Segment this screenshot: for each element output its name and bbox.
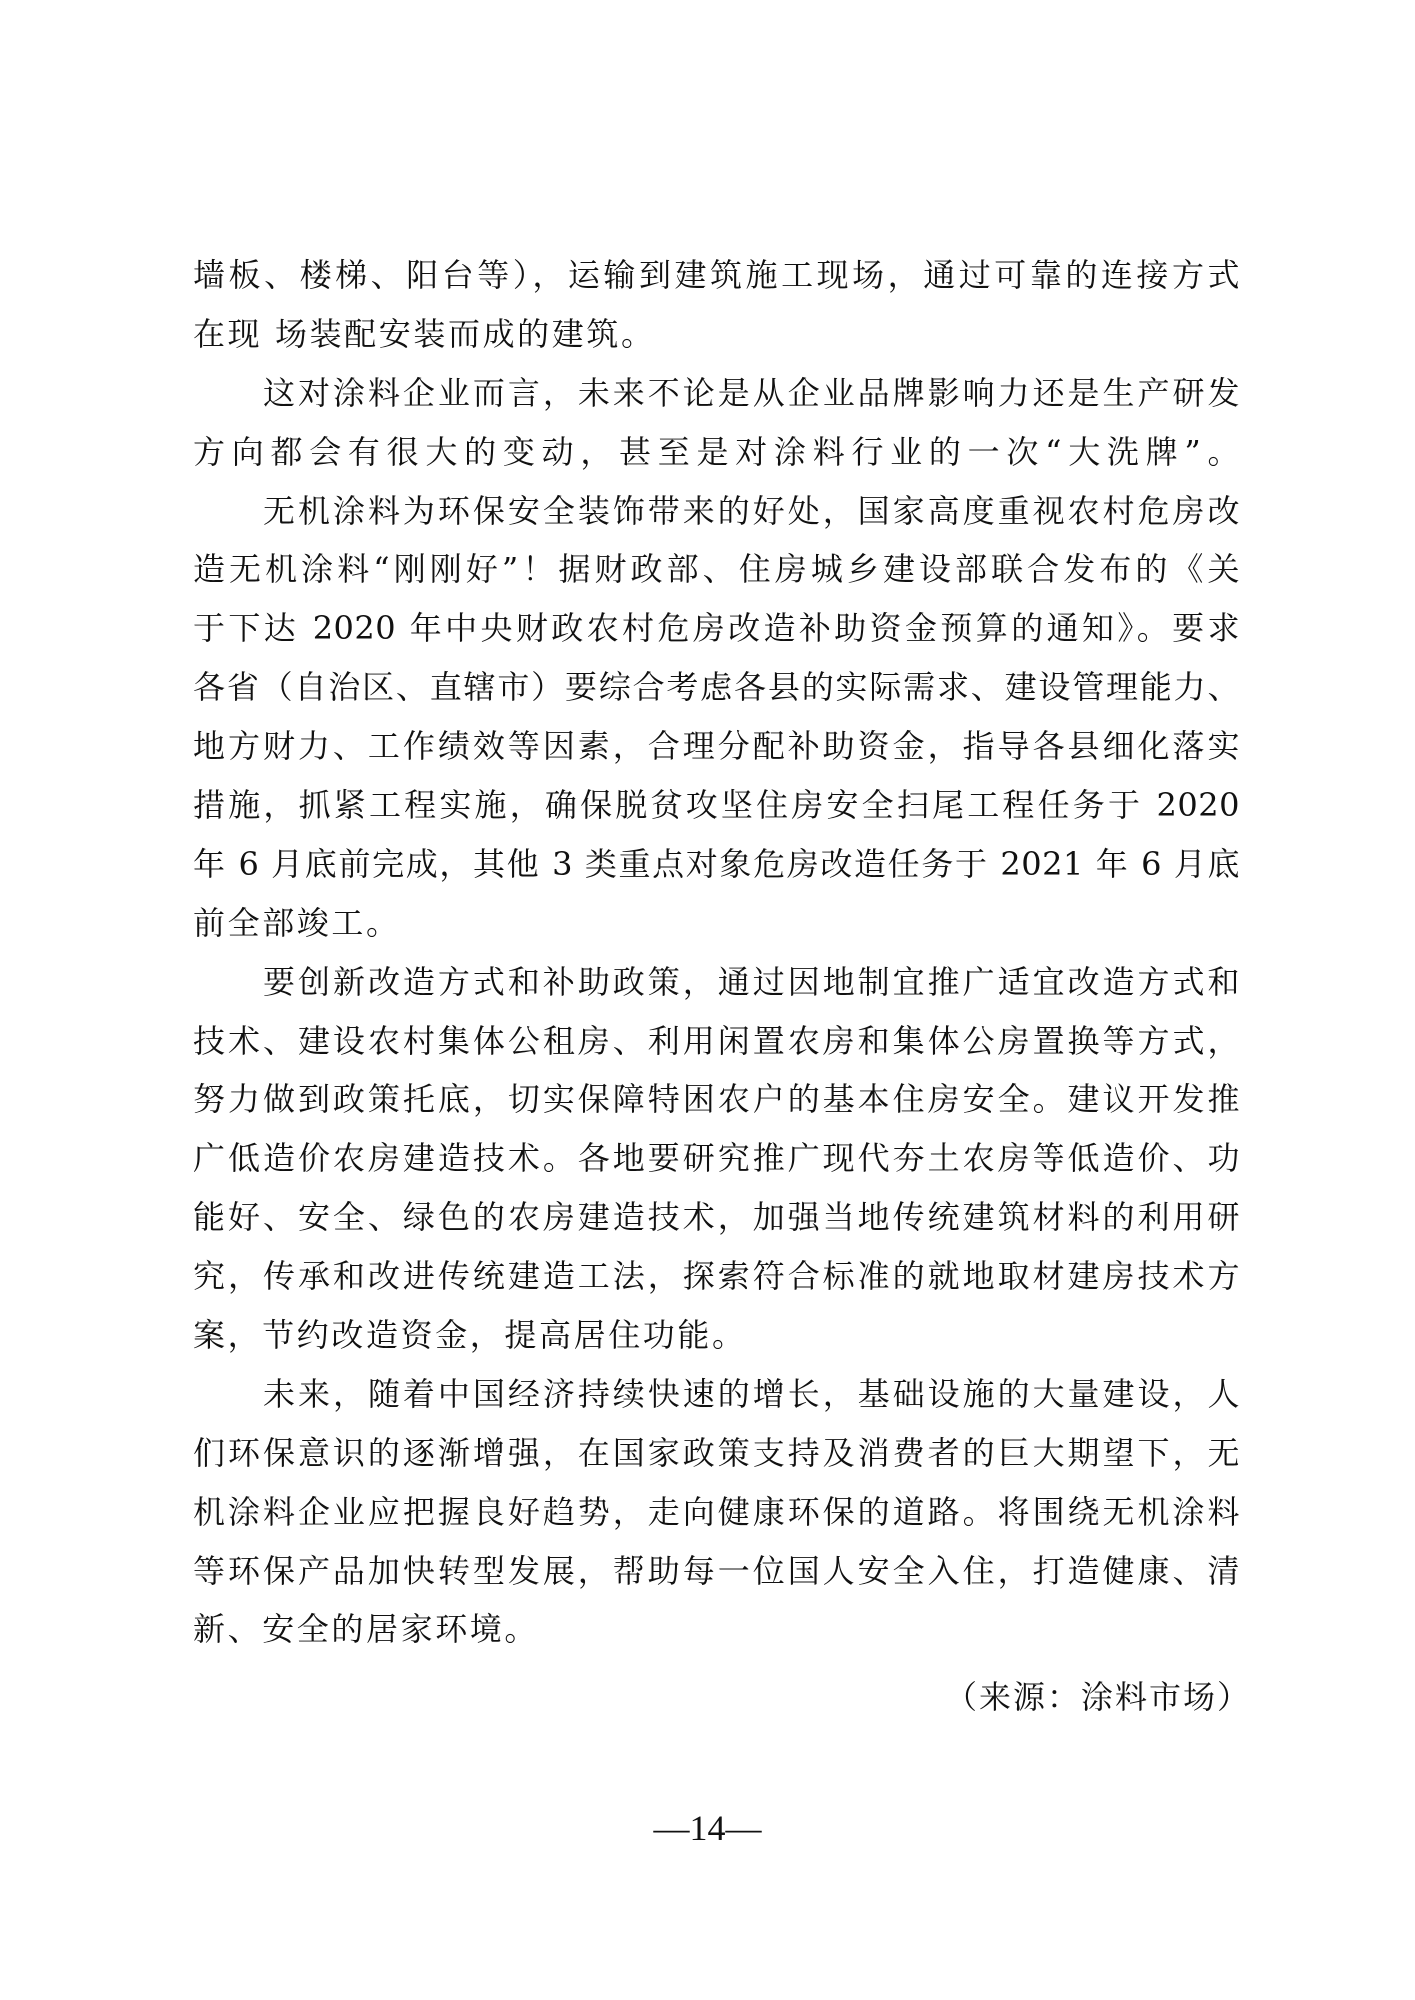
- text-line: 地方财力、工作绩效等因素，合理分配补助资金，指导各县细化落实: [193, 721, 1240, 780]
- text-line: 在现 场装配安装而成的建筑。: [193, 309, 1240, 368]
- text-line: 措施，抓紧工程实施，确保脱贫攻坚住房安全扫尾工程任务于 2020: [193, 780, 1240, 839]
- text-line: 造无机涂料“刚刚好”！据财政部、住房城乡建设部联合发布的《关: [193, 544, 1240, 603]
- text-line: 各省（自治区、直辖市）要综合考虑各县的实际需求、建设管理能力、: [193, 662, 1240, 721]
- text-line: 这对涂料企业而言，未来不论是从企业品牌影响力还是生产研发: [193, 368, 1240, 427]
- paragraph: 无机涂料为环保安全装饰带来的好处，国家高度重视农村危房改 造无机涂料“刚刚好”！…: [193, 486, 1240, 957]
- text-line: 能好、安全、绿色的农房建造技术，加强当地传统建筑材料的利用研: [193, 1192, 1240, 1251]
- text-line: 案，节约改造资金，提高居住功能。: [193, 1310, 1240, 1369]
- text-line: 墙板、楼梯、阳台等），运输到建筑施工现场，通过可靠的连接方式: [193, 250, 1240, 309]
- paragraph: 这对涂料企业而言，未来不论是从企业品牌影响力还是生产研发 方向都会有很大的变动，…: [193, 368, 1240, 486]
- text-line: 方向都会有很大的变动，甚至是对涂料行业的一次“大洗牌”。: [193, 427, 1240, 486]
- text-line: 们环保意识的逐渐增强，在国家政策支持及消费者的巨大期望下，无: [193, 1428, 1240, 1487]
- text-line: 年 6 月底前完成，其他 3 类重点对象危房改造任务于 2021 年 6 月底: [193, 839, 1240, 898]
- text-line: 等环保产品加快转型发展，帮助每一位国人安全入住，打造健康、清: [193, 1546, 1240, 1605]
- article-body: 墙板、楼梯、阳台等），运输到建筑施工现场，通过可靠的连接方式 在现 场装配安装而…: [193, 250, 1240, 1663]
- paragraph: 墙板、楼梯、阳台等），运输到建筑施工现场，通过可靠的连接方式 在现 场装配安装而…: [193, 250, 1240, 368]
- text-line: 技术、建设农村集体公租房、利用闲置农房和集体公房置换等方式，: [193, 1016, 1240, 1075]
- text-line: 努力做到政策托底，切实保障特困农户的基本住房安全。建议开发推: [193, 1074, 1240, 1133]
- source-attribution: （来源：涂料市场）: [945, 1672, 1235, 1722]
- text-line: 要创新改造方式和补助政策，通过因地制宜推广适宜改造方式和: [193, 957, 1240, 1016]
- paragraph: 未来，随着中国经济持续快速的增长，基础设施的大量建设，人 们环保意识的逐渐增强，…: [193, 1369, 1240, 1663]
- text-line: 前全部竣工。: [193, 898, 1240, 957]
- page-number: —14—: [0, 1808, 1415, 1848]
- text-line: 广低造价农房建造技术。各地要研究推广现代夯土农房等低造价、功: [193, 1133, 1240, 1192]
- text-line: 新、安全的居家环境。: [193, 1604, 1240, 1663]
- text-line: 究，传承和改进传统建造工法，探索符合标准的就地取材建房技术方: [193, 1251, 1240, 1310]
- document-page: 墙板、楼梯、阳台等），运输到建筑施工现场，通过可靠的连接方式 在现 场装配安装而…: [0, 0, 1415, 2000]
- text-line: 未来，随着中国经济持续快速的增长，基础设施的大量建设，人: [193, 1369, 1240, 1428]
- paragraph: 要创新改造方式和补助政策，通过因地制宜推广适宜改造方式和 技术、建设农村集体公租…: [193, 957, 1240, 1369]
- text-line: 于下达 2020 年中央财政农村危房改造补助资金预算的通知》。要求: [193, 603, 1240, 662]
- text-line: 无机涂料为环保安全装饰带来的好处，国家高度重视农村危房改: [193, 486, 1240, 545]
- text-line: 机涂料企业应把握良好趋势，走向健康环保的道路。将围绕无机涂料: [193, 1487, 1240, 1546]
